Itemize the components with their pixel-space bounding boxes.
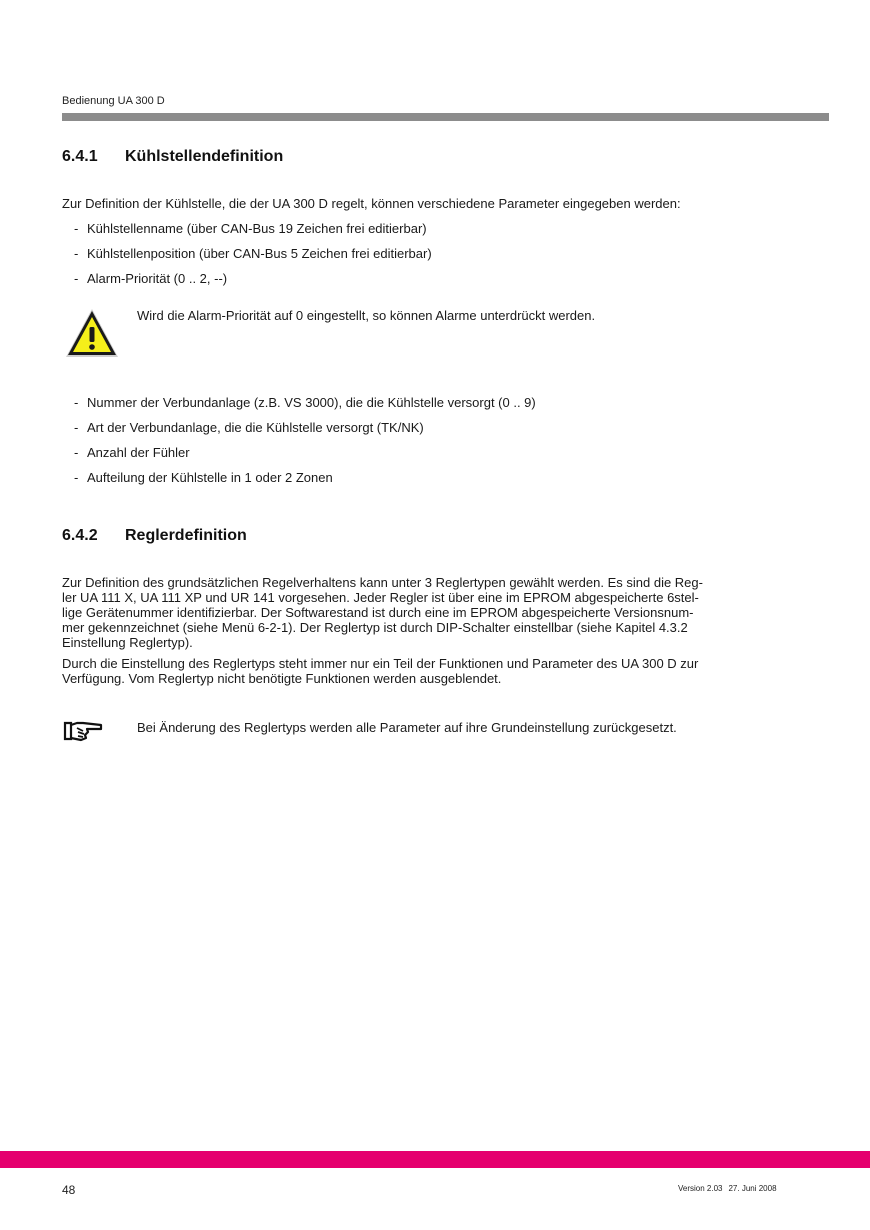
version-date: 27. Juni 2008 <box>728 1184 776 1193</box>
page-number: 48 <box>62 1183 75 1197</box>
paragraph-regler-types: Zur Definition des grundsätzlichen Regel… <box>62 575 782 650</box>
warning-triangle-icon <box>64 307 120 359</box>
section-heading-6-4-2: 6.4.2Reglerdefinition <box>62 527 247 545</box>
list-item: -Art der Verbundanlage, die die Kühlstel… <box>62 420 536 445</box>
section-intro: Zur Definition der Kühlstelle, die der U… <box>62 196 681 211</box>
pointing-hand-icon <box>63 719 103 743</box>
parameter-list-b: -Nummer der Verbundanlage (z.B. VS 3000)… <box>62 395 536 495</box>
section-body: Zur Definition des grundsätzlichen Regel… <box>62 575 782 692</box>
section-heading-6-4-1: 6.4.1Kühlstellendefinition <box>62 148 283 166</box>
list-item: -Kühlstellenposition (über CAN-Bus 5 Zei… <box>62 246 432 271</box>
paragraph-regler-functions: Durch die Einstellung des Reglertyps ste… <box>62 656 782 686</box>
warning-text: Wird die Alarm-Priorität auf 0 eingestel… <box>137 308 595 323</box>
list-item: -Alarm-Priorität (0 .. 2, --) <box>62 271 432 296</box>
note-text: Bei Änderung des Reglertyps werden alle … <box>137 720 677 735</box>
running-header: Bedienung UA 300 D <box>62 95 165 107</box>
version-label: Version 2.03 <box>678 1184 722 1193</box>
footer-accent-bar <box>0 1151 870 1168</box>
list-item: -Kühlstellenname (über CAN-Bus 19 Zeiche… <box>62 221 432 246</box>
parameter-list-a: -Kühlstellenname (über CAN-Bus 19 Zeiche… <box>62 221 432 296</box>
section-number: 6.4.1 <box>62 148 125 166</box>
list-item: -Anzahl der Fühler <box>62 445 536 470</box>
list-item: -Aufteilung der Kühlstelle in 1 oder 2 Z… <box>62 470 536 495</box>
section-title: Kühlstellendefinition <box>125 148 283 165</box>
list-item: -Nummer der Verbundanlage (z.B. VS 3000)… <box>62 395 536 420</box>
section-title: Reglerdefinition <box>125 527 247 544</box>
header-rule <box>62 113 829 121</box>
section-number: 6.4.2 <box>62 527 125 545</box>
version-info: Version 2.0327. Juni 2008 <box>678 1184 777 1193</box>
